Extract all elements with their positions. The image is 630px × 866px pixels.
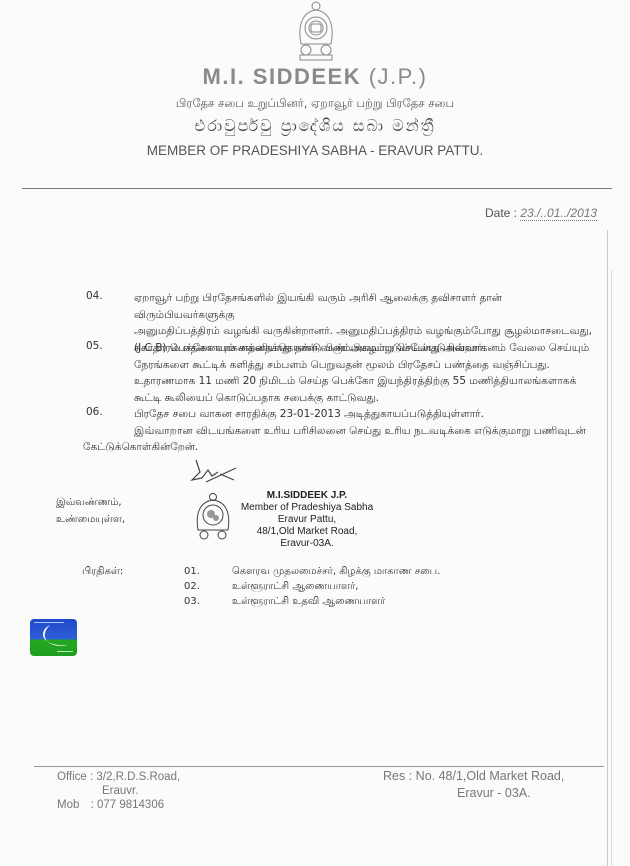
office-label: Office : (57, 771, 93, 783)
item-line: ஏறாவூர் பற்று பிரதேசங்களில் இயங்கி வரும்… (134, 290, 604, 323)
item-text: பிரதேச சபை வாகன சாரதிக்கு 23-01-2013 அடி… (134, 406, 604, 439)
official-seal-icon (193, 492, 233, 542)
item-line: பிரதேச சபை வாகன சாரதிக்கு 23-01-2013 அடி… (134, 406, 604, 423)
copy-number: 01. (184, 566, 200, 577)
crescent-logo-icon (30, 619, 77, 656)
name-text: M.I. SIDDEEK (203, 64, 362, 89)
item-line: அனுமதிப்பத்திரம் வழங்கி வருகின்றானர். அன… (134, 323, 604, 340)
scan-edge-line (607, 230, 608, 866)
tamil-title: பிரதேச சபை உறுப்பினர், ஏறாவூர் பற்று பிர… (0, 96, 630, 112)
office-line: Erauvr. (57, 784, 180, 798)
copies-label: பிரதிகள்: (82, 566, 123, 578)
closing-salutation: இவ்வண்ணம், உண்மையுள்ள, (56, 494, 125, 528)
item-line: இவ்வாறான விடயங்களை உரிய பரிசிலனை செய்து … (134, 423, 604, 440)
signer-title: Member of Pradeshiya Sabha (232, 502, 382, 514)
residence-line: No. 48/1,Old Market Road, (416, 769, 565, 783)
office-address: Office : 3/2,R.D.S.Road, Erauvr. Mob : 0… (57, 770, 180, 812)
residence-line: Eravur - 03A. (383, 785, 564, 802)
date-value: 23./..01../2013 (520, 206, 597, 221)
signer-name: M.I.SIDDEEK J.P. (232, 490, 382, 502)
scan-edge-line (611, 270, 612, 866)
copy-recipient: உள்ளூராட்சி உதவி ஆணையாளர் (232, 596, 385, 608)
signer-city: Eravur-03A. (232, 538, 382, 550)
signature-icon (186, 458, 242, 486)
header-divider (22, 188, 612, 189)
sinhala-title: එරාවුර්පවු ප්‍රාදේශිය සබා මන්ත්‍රී (0, 116, 630, 136)
copy-number: 03. (184, 596, 200, 607)
item-number: 05. (86, 340, 103, 352)
date-label: Date : (485, 206, 517, 220)
date-field: Date : 23./..01../2013 (485, 206, 597, 220)
office-line: 3/2,R.D.S.Road, (96, 771, 180, 783)
sri-lanka-emblem-icon (295, 0, 337, 62)
closing-request: கேட்டுக்கொள்கின்றேன். (83, 439, 198, 456)
residence-label: Res : (383, 769, 412, 783)
item-line: (J.C.B) பெக்கோ வாகனத்தைக்கொண்டு மண் அகழப… (134, 340, 604, 357)
letterhead-name: M.I. SIDDEEK (J.P.) (0, 64, 630, 90)
item-number: 04. (86, 290, 103, 302)
copy-recipient: கௌரவ முதலமைச்சர், கிழக்கு மாகாண சபை. (232, 566, 440, 578)
item-line: நேரங்களை கூட்டிக் களித்து சம்பளம் பெறுவத… (134, 357, 604, 374)
closing-line: இவ்வண்ணம், (56, 494, 125, 511)
copy-number: 02. (184, 581, 200, 592)
name-suffix: (J.P.) (369, 64, 428, 89)
mobile-label: Mob (57, 799, 79, 811)
copy-recipient: உள்ளூராட்சி ஆணையாளர், (232, 581, 358, 593)
item-text: (J.C.B) பெக்கோ வாகனத்தைக்கொண்டு மண் அகழப… (134, 340, 604, 406)
closing-line: உண்மையுள்ள, (56, 511, 125, 528)
item-line: உதாரணமாக 11 மணி 20 நிமிடம் செய்த பெக்கோ … (134, 373, 604, 390)
mobile-number: : 077 9814306 (83, 799, 165, 811)
signature-block: M.I.SIDDEEK J.P. Member of Pradeshiya Sa… (232, 490, 382, 550)
residence-address: Res : No. 48/1,Old Market Road, Eravur -… (383, 768, 564, 802)
item-line: கூட்டி கூலியைப் கொடுப்பதாக சபைக்கு காட்ட… (134, 390, 604, 407)
english-title: MEMBER OF PRADESHIYA SABHA - ERAVUR PATT… (0, 143, 630, 158)
signer-area: Eravur Pattu, (232, 514, 382, 526)
footer-divider (34, 766, 604, 767)
item-number: 06. (86, 406, 103, 418)
signer-address: 48/1,Old Market Road, (232, 526, 382, 538)
